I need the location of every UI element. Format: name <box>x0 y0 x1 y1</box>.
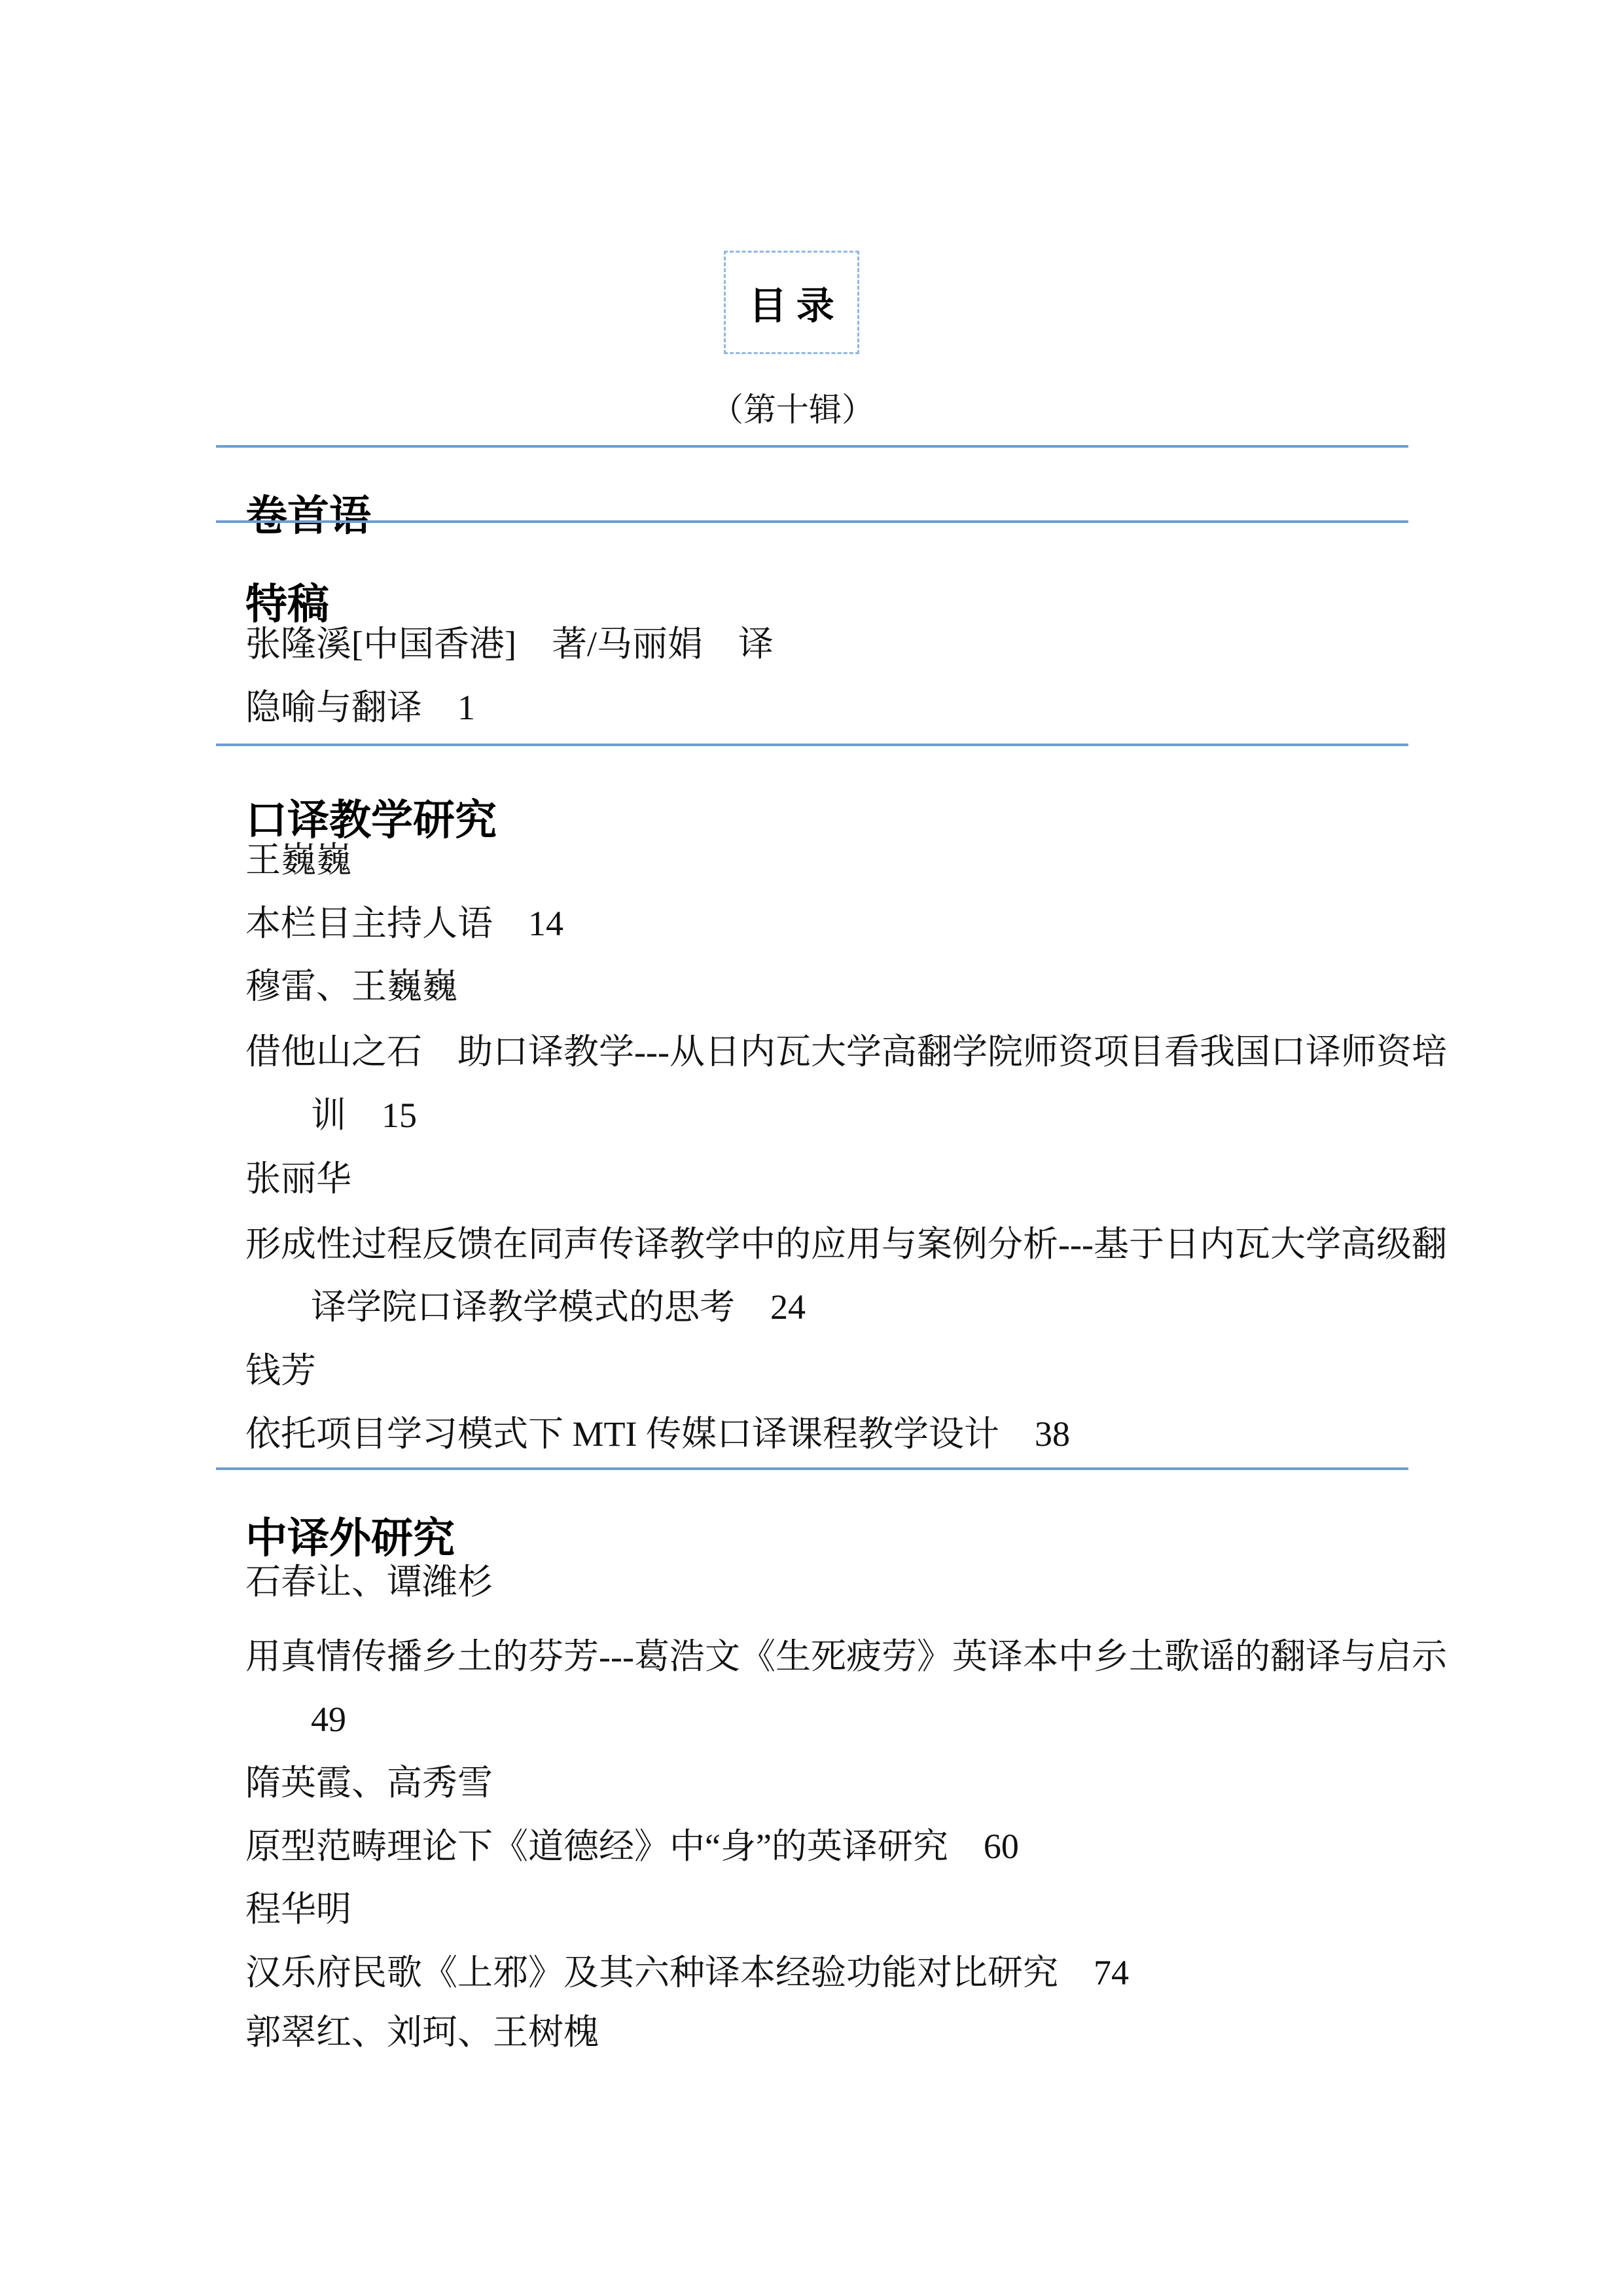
toc-title: 目 录 <box>749 275 834 330</box>
toc-entry-authors: 王巍巍 <box>245 839 351 881</box>
toc-entry-authors: 张丽华 <box>245 1158 351 1200</box>
toc-entry-title: 汉乐府民歌《上邪》及其六种译本经验功能对比研究 74 <box>245 1952 1129 1994</box>
toc-entry-title: 依托项目学习模式下 MTI 传媒口译课程教学设计 38 <box>245 1413 1070 1455</box>
toc-entry-authors: 郭翠红、刘珂、王树槐 <box>245 2011 599 2053</box>
toc-entry-authors: 隋英霞、高秀雪 <box>245 1762 493 1804</box>
section-heading-zhongyiwai: 中译外研究 <box>245 1515 455 1562</box>
toc-page: 目 录 （第十辑） 卷首语 特稿 张隆溪[中国香港] 著/马丽娟 译 隐喻与翻译… <box>0 0 1623 2296</box>
toc-entry-authors: 穆雷、王巍巍 <box>245 965 457 1007</box>
section-divider-line <box>216 445 1408 448</box>
section-heading-tegao: 特稿 <box>245 581 329 628</box>
toc-title-box: 目 录 <box>724 251 859 354</box>
toc-entry-authors: 钱芳 <box>245 1350 316 1391</box>
toc-entry-authors: 张隆溪[中国香港] 著/马丽娟 译 <box>245 623 774 665</box>
section-heading-juanshouyu: 卷首语 <box>245 493 371 540</box>
toc-entry-title: 形成性过程反馈在同声传译教学中的应用与案例分析---基于日内瓦大学高级翻 <box>245 1223 1447 1265</box>
toc-entry-authors: 石春让、谭潍杉 <box>245 1561 493 1603</box>
toc-entry-title: 隐喻与翻译 1 <box>245 687 475 728</box>
toc-entry-title: 原型范畴理论下《道德经》中“身”的英译研究 60 <box>245 1825 1019 1867</box>
toc-entry-title-continued: 49 <box>311 1698 346 1740</box>
toc-entry-title-continued: 训 15 <box>311 1094 417 1136</box>
toc-entry-title-continued: 译学院口译教学模式的思考 24 <box>311 1286 806 1328</box>
section-heading-kouyi-jiaoxue: 口译教学研究 <box>245 797 497 844</box>
toc-entry-title: 用真情传播乡土的芬芳---葛浩文《生死疲劳》英译本中乡土歌谣的翻译与启示 <box>245 1636 1447 1677</box>
volume-note: （第十辑） <box>671 389 914 431</box>
section-divider-line <box>216 744 1408 746</box>
toc-entry-title: 本栏目主持人语 14 <box>245 903 563 944</box>
toc-entry-title: 借他山之石 助口译教学---从日内瓦大学高翻学院师资项目看我国口译师资培 <box>245 1031 1447 1073</box>
section-divider-line <box>216 1467 1408 1470</box>
toc-entry-authors: 程华明 <box>245 1888 351 1930</box>
section-divider-line <box>216 520 1408 523</box>
